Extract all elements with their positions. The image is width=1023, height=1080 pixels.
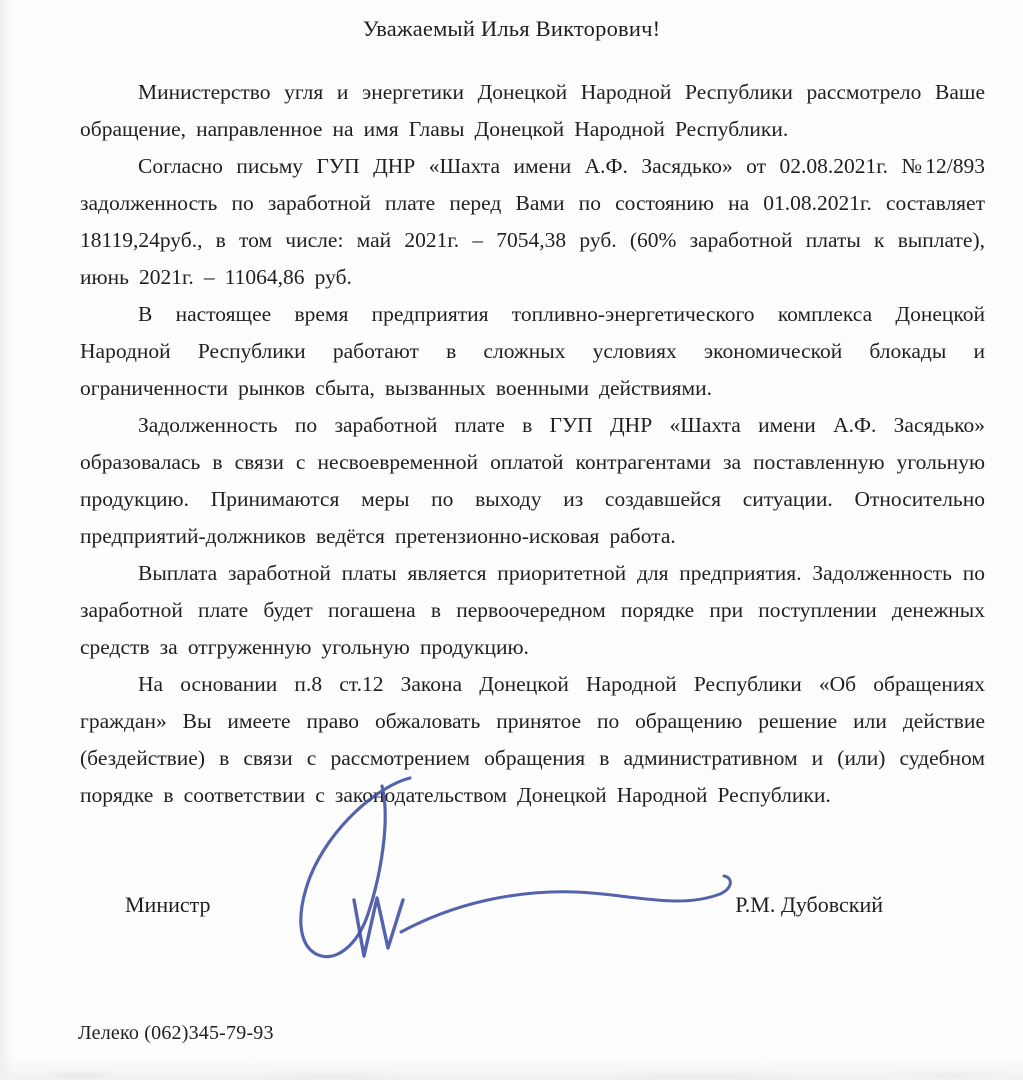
signatory-name: Р.М. Дубовский — [735, 892, 883, 918]
signatory-position-title: Министр — [125, 892, 211, 918]
paragraph-debt-details: Согласно письму ГУП ДНР «Шахта имени А.Ф… — [80, 148, 985, 296]
signature-row: Министр Р.М. Дубовский — [0, 892, 1023, 918]
executor-contact-line: Лелеко (062)345-79-93 — [78, 1022, 274, 1045]
paragraph-legal-rights: На основании п.8 ст.12 Закона Донецкой Н… — [80, 666, 985, 814]
paragraph-payment-priority: Выплата заработной платы является приори… — [80, 555, 985, 666]
scan-artifact-smudge — [0, 1066, 1023, 1080]
letter-body: Министерство угля и энергетики Донецкой … — [80, 74, 985, 814]
paragraph-intro: Министерство угля и энергетики Донецкой … — [80, 74, 985, 148]
paragraph-conditions: В настоящее время предприятия топливно-э… — [80, 296, 985, 407]
scanned-letter-page: Уважаемый Илья Викторович! Министерство … — [0, 0, 1023, 1080]
letter-salutation: Уважаемый Илья Викторович! — [0, 0, 1023, 42]
paragraph-debt-cause: Задолженность по заработной плате в ГУП … — [80, 407, 985, 555]
